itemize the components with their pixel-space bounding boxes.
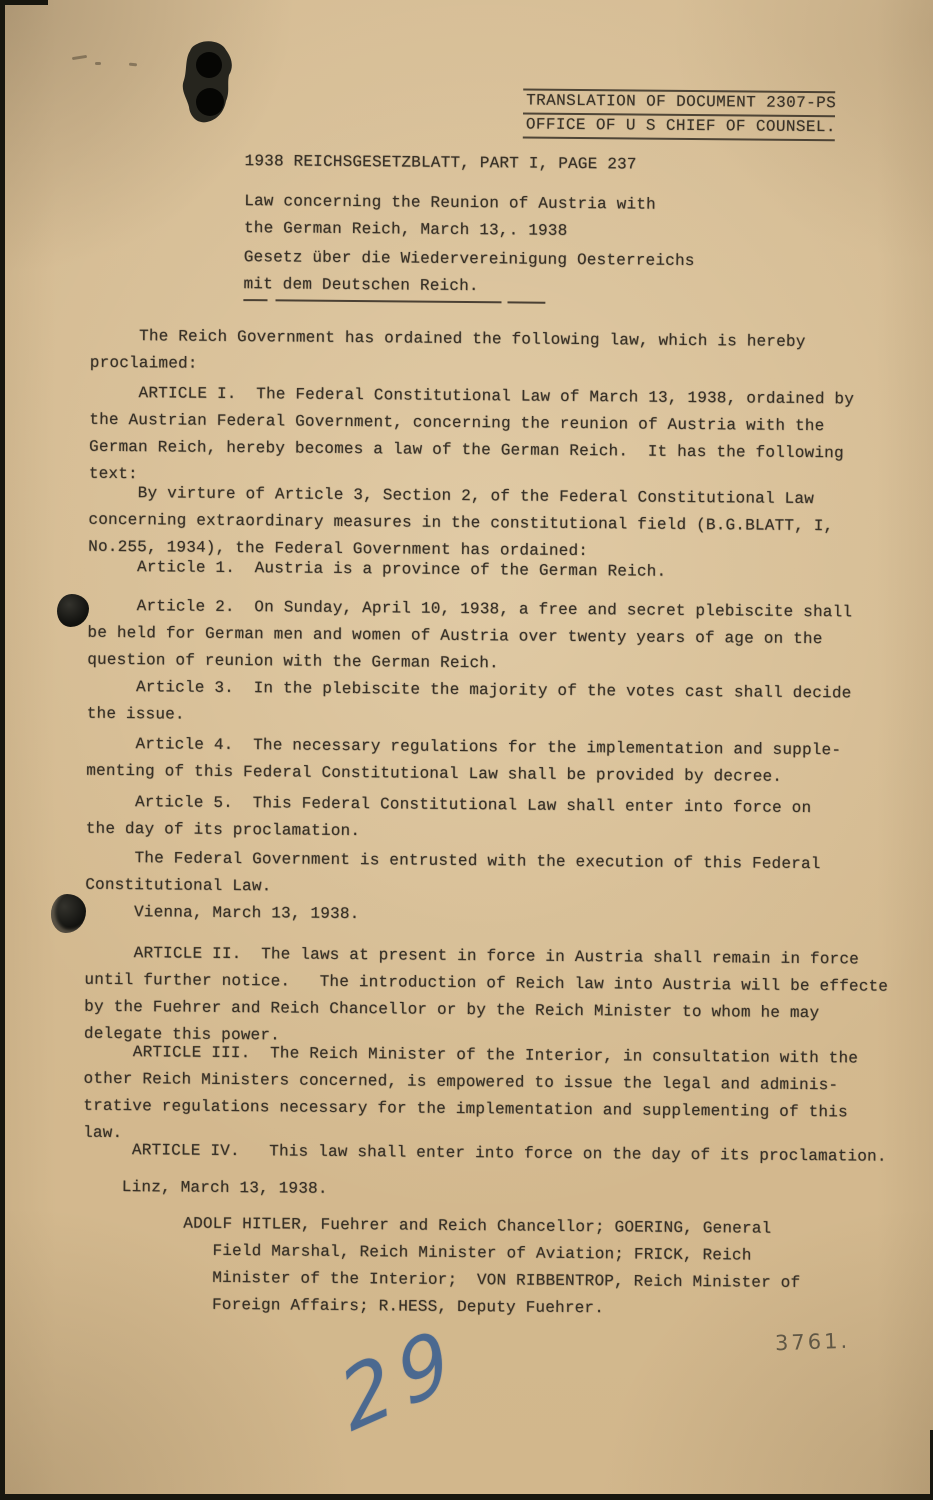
stamp-line-2: OFFICE OF U S CHIEF OF COUNSEL. bbox=[523, 115, 835, 142]
pencil-page-number: 3761. bbox=[775, 1329, 851, 1356]
pencil-scuff-2 bbox=[95, 62, 101, 65]
paragraph-article-5: Article 5. This Federal Constitutional L… bbox=[86, 789, 886, 850]
signature-block: ADOLF HITLER, Fuehrer and Reich Chancell… bbox=[182, 1211, 843, 1325]
scan-edge-left bbox=[0, 0, 5, 1500]
paragraph-article-1: Article 1. Austria is a province of the … bbox=[88, 554, 888, 588]
paragraph-preamble: The Reich Government has ordained the fo… bbox=[90, 323, 890, 384]
scan-edge-topleft bbox=[0, 0, 48, 5]
title-german: Gesetz über die Wiedervereinigung Oester… bbox=[243, 244, 694, 302]
torn-hole bbox=[177, 40, 237, 130]
paragraph-article-2-roman: ARTICLE II. The laws at present in force… bbox=[84, 940, 895, 1055]
scan-edge-bottom bbox=[0, 1494, 933, 1500]
paragraph-linz-date: Linz, March 13, 1938. bbox=[83, 1174, 883, 1208]
document-page: TRANSLATION OF DOCUMENT 2307-PS OFFICE O… bbox=[0, 0, 933, 1500]
paragraph-article-2: Article 2. On Sunday, April 10, 1938, a … bbox=[87, 593, 888, 681]
paragraph-article-4-roman: ARTICLE IV. This law shall enter into fo… bbox=[83, 1137, 893, 1171]
translation-stamp: TRANSLATION OF DOCUMENT 2307-PS OFFICE O… bbox=[523, 89, 835, 142]
paragraph-entrusted: The Federal Government is entrusted with… bbox=[85, 845, 885, 906]
paragraph-article-4: Article 4. The necessary regulations for… bbox=[86, 731, 886, 792]
paragraph-article-3: Article 3. In the plebiscite the majorit… bbox=[87, 674, 887, 735]
stamp-line-1: TRANSLATION OF DOCUMENT 2307-PS bbox=[523, 91, 835, 118]
paragraph-vienna-date: Vienna, March 13, 1938. bbox=[85, 899, 885, 933]
typed-content: TRANSLATION OF DOCUMENT 2307-PS OFFICE O… bbox=[0, 0, 933, 1500]
title-english: Law concerning the Reunion of Austria wi… bbox=[244, 188, 656, 246]
paragraph-article-1-roman: ARTICLE I. The Federal Constitutional La… bbox=[89, 380, 890, 495]
document-reference: 1938 REICHSGESETZBLATT, PART I, PAGE 237 bbox=[244, 148, 636, 178]
paragraph-article-3-roman: ARTICLE III. The Reich Minister of the I… bbox=[83, 1039, 884, 1154]
